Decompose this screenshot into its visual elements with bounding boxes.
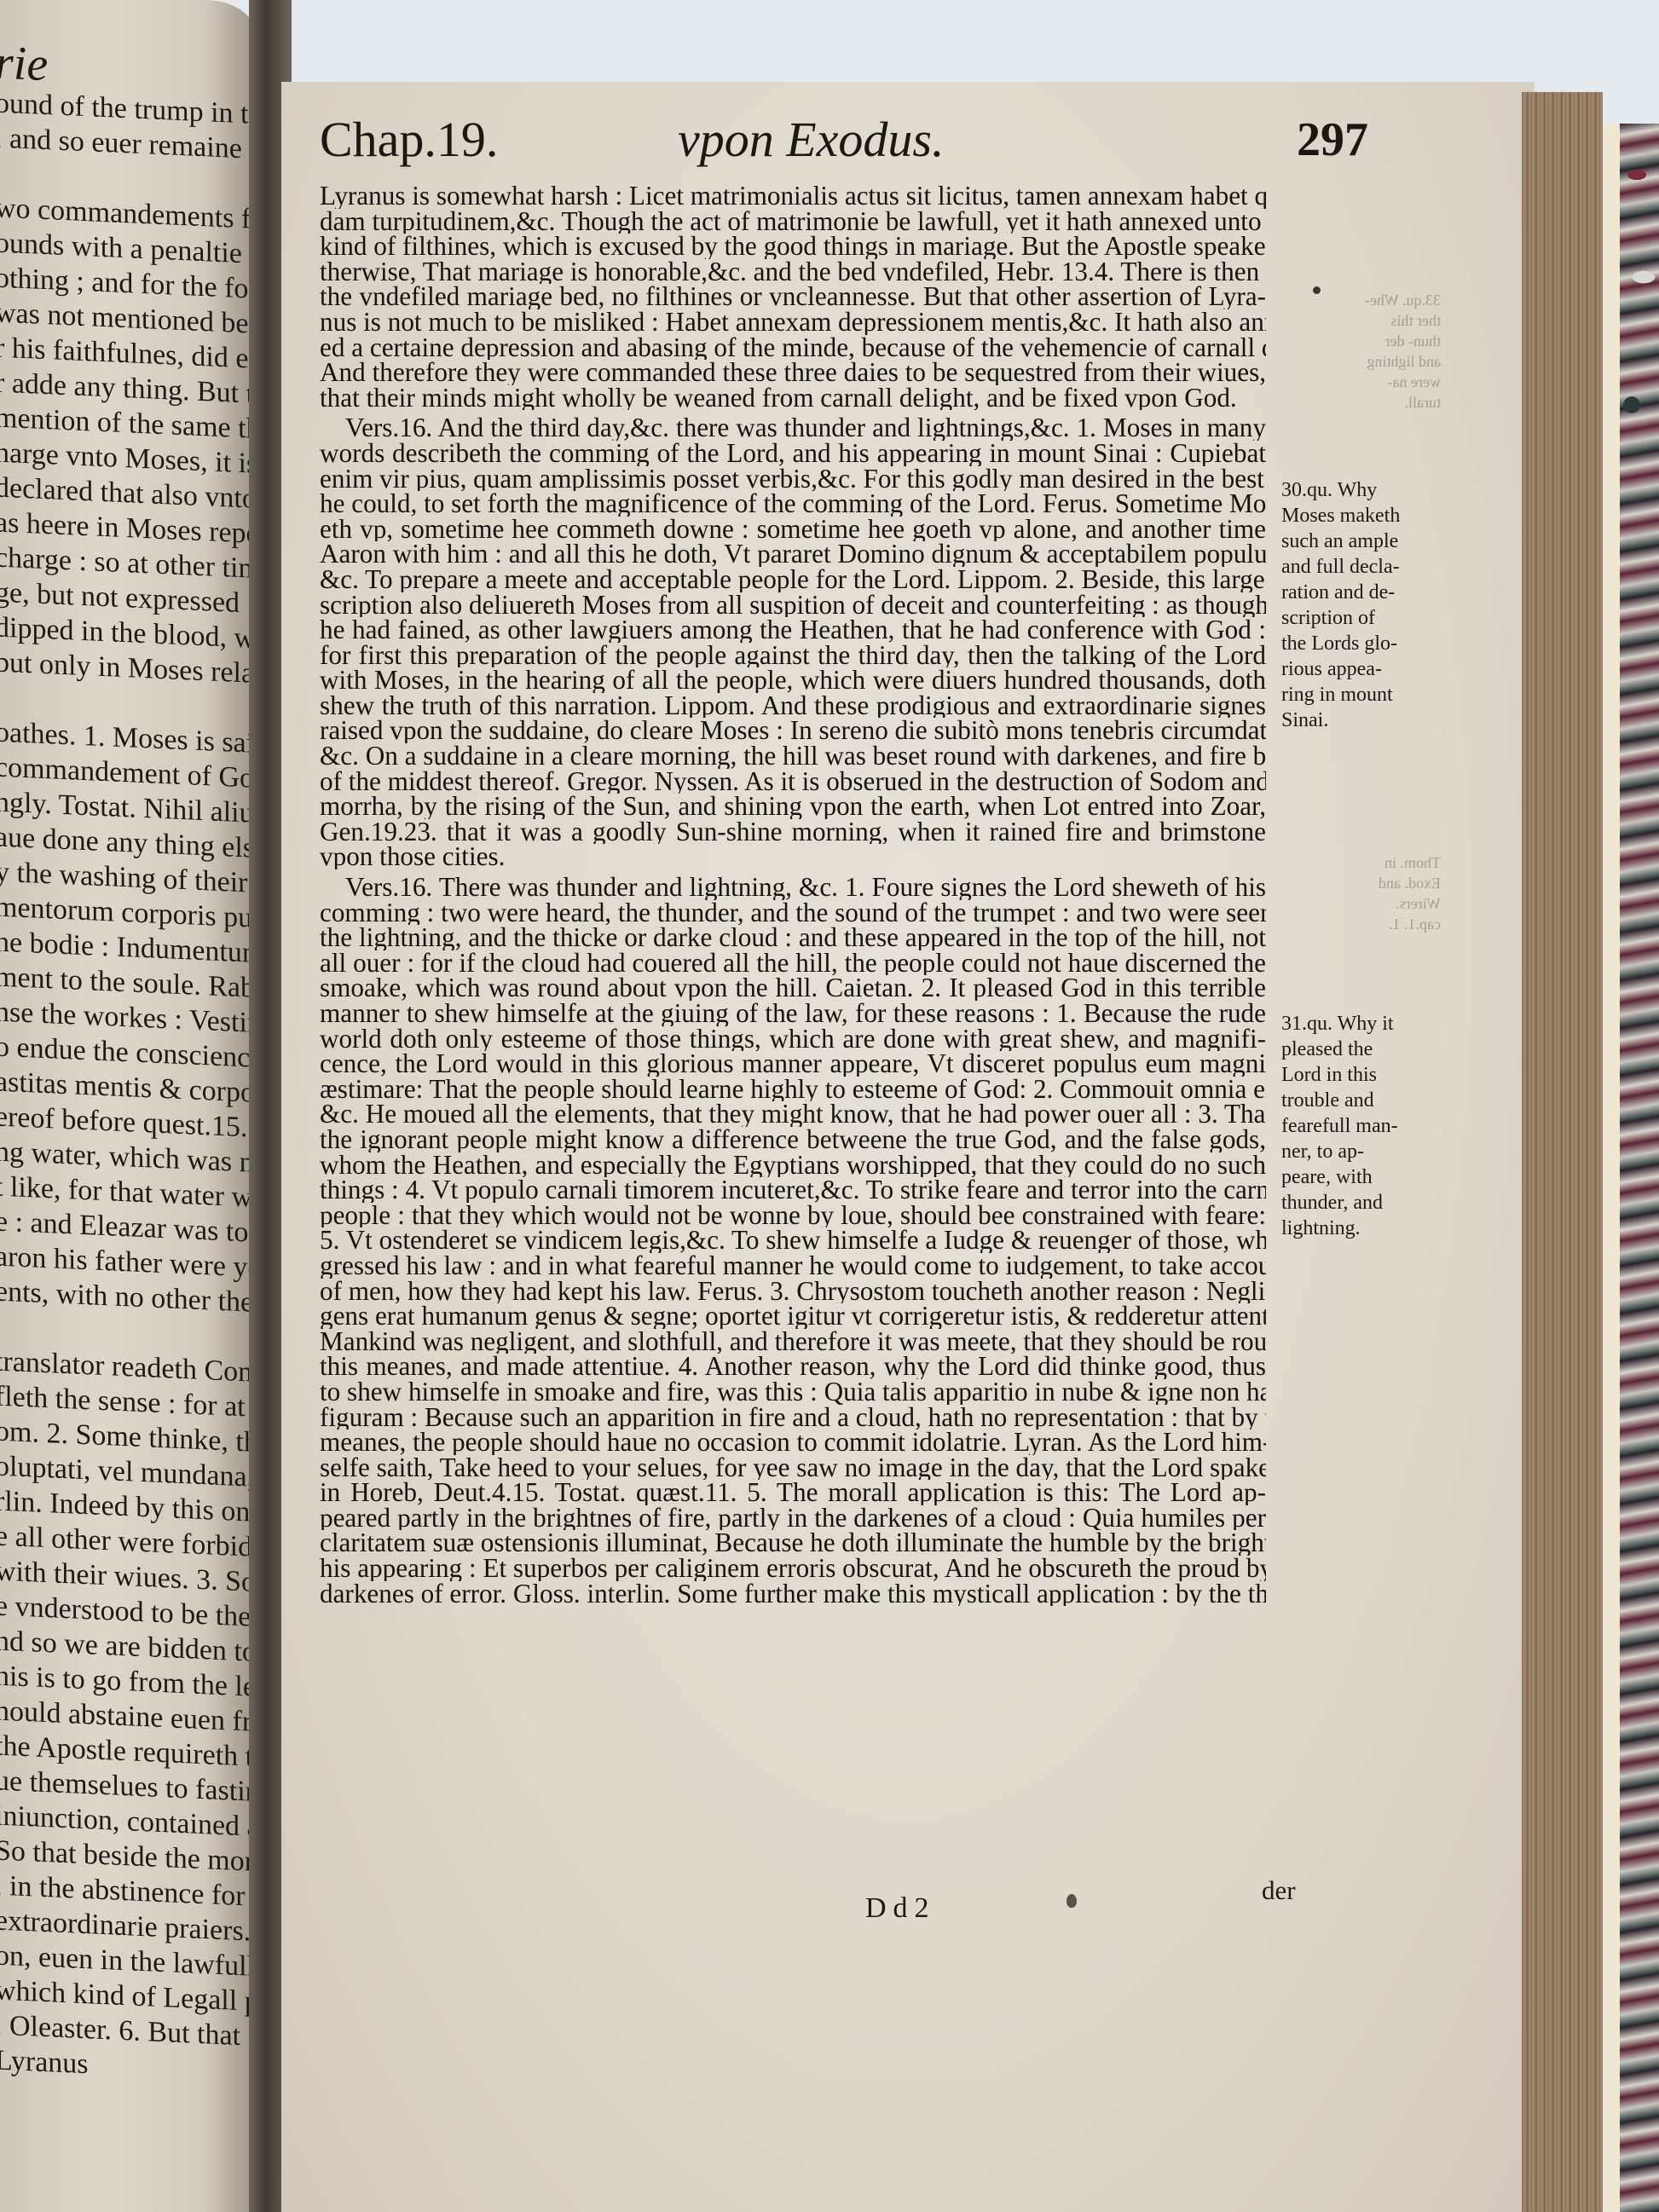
text-line: &c. He moued all the elements, that they… <box>320 1101 1266 1127</box>
margin-note-line: Moses maketh <box>1281 503 1435 528</box>
text-line: selfe saith, Take heed to your selues, f… <box>320 1455 1266 1481</box>
text-line: things : 4. Vt populo carnali timorem in… <box>320 1177 1266 1203</box>
margin-note-30: 30.qu. WhyMoses makethsuch an ampleand f… <box>1281 477 1435 733</box>
catchword: der <box>1262 1875 1296 1906</box>
margin-note-line: Sinai. <box>1281 707 1435 733</box>
text-line: comming : two were heard, the thunder, a… <box>320 900 1266 926</box>
text-line: morrha, by the rising of the Sun, and sh… <box>320 794 1266 819</box>
text-line: therwise, That mariage is honorable,&c. … <box>320 259 1266 285</box>
text-line: peared partly in the brightnes of fire, … <box>320 1505 1266 1531</box>
text-line: Aaron with him : and all this he doth, V… <box>320 541 1266 567</box>
text-line: in Horeb, Deut.4.15. Tostat. quæst.11. 5… <box>320 1480 1266 1505</box>
text-line: the ignorant people might know a differe… <box>320 1127 1266 1152</box>
text-line: gressed his law : and in what feareful m… <box>320 1253 1266 1279</box>
text-line: the lightning, and the thicke or darke c… <box>320 925 1266 950</box>
text-line: 5. Vt ostenderet se vindicem legis,&c. T… <box>320 1227 1266 1253</box>
text-line: the vndefiled mariage bed, no filthines … <box>320 284 1266 309</box>
text-line: figuram : Because such an apparition in … <box>320 1405 1266 1430</box>
show-through-text: Thom. in Exod. and Wirers. cap.1. 1. <box>1364 852 1441 934</box>
margin-note-line: thunder, and <box>1281 1190 1435 1216</box>
left-page-text: rie ound of the trump in the last day,, … <box>0 45 251 2088</box>
text-line: Vers.16. There was thunder and lightning… <box>320 875 1266 900</box>
margin-note-line: the Lords glo- <box>1281 631 1435 656</box>
book-title: vpon Exodus. <box>678 111 945 168</box>
margin-mark <box>1313 286 1321 294</box>
text-line: all ouer : for if the cloud had couered … <box>320 950 1266 976</box>
marbled-endpaper <box>1620 124 1659 2212</box>
margin-note-line: fearefull man- <box>1281 1113 1435 1139</box>
text-line: Gen.19.23. that it was a goodly Sun-shin… <box>320 819 1266 845</box>
margin-note-line: pleased the <box>1281 1037 1435 1062</box>
margin-note-line: 31.qu. Why it <box>1281 1011 1435 1037</box>
margin-note-31: 31.qu. Why itpleased theLord in thistrou… <box>1281 1011 1435 1241</box>
margin-note-line: ring in mount <box>1281 682 1435 707</box>
text-line: words describeth the comming of the Lord… <box>320 441 1266 466</box>
text-line: he had fained, as other lawgiuers among … <box>320 617 1266 643</box>
text-line: nus is not much to be misliked : Habet a… <box>320 309 1266 335</box>
running-head: Chap.19. vpon Exodus. 297 <box>320 111 1368 179</box>
text-line: his appearing : Et superbos per caligine… <box>320 1556 1266 1581</box>
text-line: people : that they which would not be wo… <box>320 1203 1266 1228</box>
chapter-label: Chap.19. <box>320 111 498 168</box>
margin-note-line: ration and de- <box>1281 580 1435 605</box>
text-line: vpon those cities. <box>320 844 1266 869</box>
page-number: 297 <box>1297 113 1368 167</box>
text-line: ed a certaine depression and abasing of … <box>320 335 1266 361</box>
text-line: Vers.16. And the third day,&c. there was… <box>320 415 1266 441</box>
text-line: smoake, which was round about vpon the h… <box>320 975 1266 1001</box>
text-line: for first this preparation of the people… <box>320 643 1266 668</box>
text-line: of the middest thereof. Gregor. Nyssen. … <box>320 769 1266 794</box>
margin-note-line: such an ample <box>1281 528 1435 554</box>
text-line: meanes, the people should haue no occasi… <box>320 1429 1266 1455</box>
ink-blot <box>1066 1894 1077 1908</box>
margin-note-line: ner, to ap- <box>1281 1139 1435 1164</box>
text-line: Lyranus is somewhat harsh : Licet matrim… <box>320 183 1266 209</box>
body-text: Lyranus is somewhat harsh : Licet matrim… <box>320 183 1266 1606</box>
text-line: of men, how they had kept his law. Ferus… <box>320 1279 1266 1304</box>
text-line: &c. To prepare a meete and acceptable pe… <box>320 567 1266 592</box>
left-running-head-fragment: rie <box>0 45 251 91</box>
signature-mark: Dd2 <box>865 1892 936 1925</box>
margin-note-line: 30.qu. Why <box>1281 477 1435 503</box>
margin-note-line: scription of <box>1281 605 1435 631</box>
margin-note-line: Lord in this <box>1281 1062 1435 1088</box>
text-line: claritatem suæ ostensionis illuminat, Be… <box>320 1530 1266 1556</box>
text-line: dam turpitudinem,&c. Though the act of m… <box>320 209 1266 234</box>
margin-note-line: trouble and <box>1281 1088 1435 1113</box>
text-line: enim vir pius, quam amplissimis posset v… <box>320 466 1266 492</box>
text-line: manner to shew himselfe at the giuing of… <box>320 1001 1266 1026</box>
text-line: gens erat humanum genus & segne; oportet… <box>320 1303 1266 1329</box>
margin-note-line: lightning. <box>1281 1216 1435 1241</box>
text-line: this meanes, and made attentiue. 4. Anot… <box>320 1354 1266 1379</box>
text-line: he could, to set forth the magnificence … <box>320 491 1266 517</box>
show-through-text: 33.qu. Whe- ther this thun- der and ligh… <box>1364 290 1441 413</box>
left-page-lines: ound of the trump in the last day,, and … <box>0 85 251 2088</box>
left-facing-page: rie ound of the trump in the last day,, … <box>0 0 256 2212</box>
text-line: scription also deliuereth Moses from all… <box>320 592 1266 618</box>
text-line: æstimare: That the people should learne … <box>320 1077 1266 1102</box>
text-line: world doth only esteeme of those things,… <box>320 1026 1266 1052</box>
text-line: that their minds might wholly be weaned … <box>320 385 1266 411</box>
margin-note-line: and full decla- <box>1281 554 1435 580</box>
text-line: shew the truth of this narration. Lippom… <box>320 693 1266 719</box>
text-line: Mankind was negligent, and slothfull, an… <box>320 1329 1266 1354</box>
text-line: eth vp, sometime hee commeth downe : som… <box>320 517 1266 542</box>
page-edges <box>1522 92 1603 2212</box>
text-line: darkenes of error. Gloss. interlin. Some… <box>320 1581 1266 1607</box>
text-line: &c. On a suddaine in a cleare morning, t… <box>320 743 1266 769</box>
text-line: whom the Heathen, and especially the Egy… <box>320 1152 1266 1178</box>
text-line: with Moses, in the hearing of all the pe… <box>320 667 1266 693</box>
text-line: kind of filthines, which is excused by t… <box>320 234 1266 259</box>
text-line: And therefore they were commanded these … <box>320 360 1266 385</box>
text-line: raised vpon the suddaine, do cleare Mose… <box>320 718 1266 743</box>
text-line: cence, the Lord would in this glorious m… <box>320 1051 1266 1077</box>
margin-note-line: rious appea- <box>1281 656 1435 682</box>
text-line: to shew himselfe in smoake and fire, was… <box>320 1379 1266 1405</box>
margin-note-line: peare, with <box>1281 1164 1435 1190</box>
